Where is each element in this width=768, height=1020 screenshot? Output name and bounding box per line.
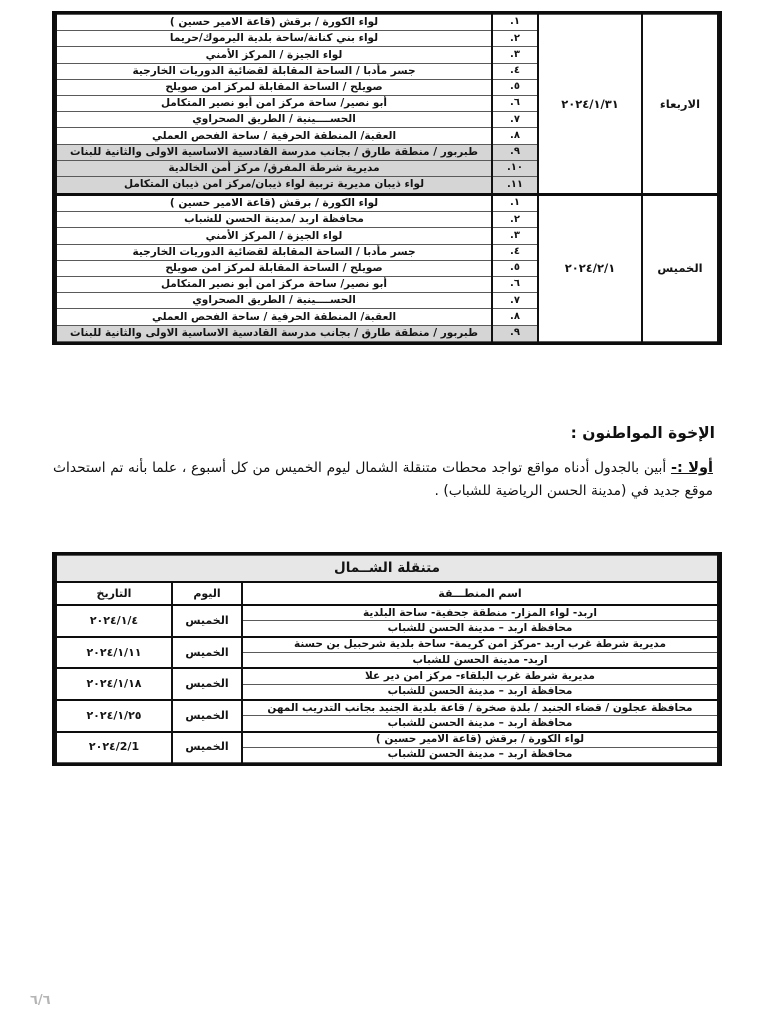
area-cell: محافظة اربد – مدينة الحسن للشباب bbox=[242, 716, 718, 732]
row-number-cell: ٣. bbox=[492, 228, 538, 244]
mobile-table-body: اربد- لواء المزار- منطقة جحفية- ساحة الب… bbox=[56, 605, 718, 763]
location-cell: الحســــينية / الطريق الصحراوي bbox=[56, 112, 492, 128]
mobile-table-title: متنقلة الشــمال bbox=[56, 556, 718, 583]
weekly-schedule-table: الاربعاء٢٠٢٤/١/٣١١.لواء الكورة / برقش (ق… bbox=[55, 14, 719, 342]
location-cell: لواء الجيزة / المركز الأمني bbox=[56, 47, 492, 63]
mobile-group-row: اربد- لواء المزار- منطقة جحفية- ساحة الب… bbox=[56, 605, 718, 621]
location-cell: لواء ذيبان مديرية تربية لواء ذيبان/مركز … bbox=[56, 177, 492, 195]
mobile-table-header-row: اسم المنطـــقة اليوم التاريخ bbox=[56, 582, 718, 605]
schedule-section-1: الاربعاء٢٠٢٤/١/٣١١.لواء الكورة / برقش (ق… bbox=[56, 15, 718, 195]
area-cell: لواء الكورة / برقش (قاعة الامير حسين ) bbox=[242, 732, 718, 748]
row-number-cell: ٤. bbox=[492, 63, 538, 79]
area-cell: محافظة اربد – مدينة الحسن للشباب bbox=[242, 621, 718, 637]
row-number-cell: ١٠. bbox=[492, 160, 538, 176]
area-cell: اربد- لواء المزار- منطقة جحفية- ساحة الب… bbox=[242, 605, 718, 621]
date-cell-value: ٢٠٢٤/١/١٨ bbox=[86, 677, 141, 690]
location-cell: لواء الكورة / برقش (قاعة الامير حسين ) bbox=[56, 194, 492, 212]
mobile-group-row: لواء الكورة / برقش (قاعة الامير حسين )ال… bbox=[56, 732, 718, 748]
mobile-group-row: مديرية شرطة غرب البلقاء- مركز امن دير عل… bbox=[56, 668, 718, 684]
location-cell: لواء الكورة / برقش (قاعة الامير حسين ) bbox=[56, 15, 492, 31]
header-date: التاريخ bbox=[56, 582, 172, 605]
day-cell: الخميس bbox=[172, 637, 242, 669]
row-number-cell: ٨. bbox=[492, 309, 538, 325]
area-cell: مديرية شرطة غرب البلقاء- مركز امن دير عل… bbox=[242, 668, 718, 684]
header-day: اليوم bbox=[172, 582, 242, 605]
date-cell: ٢٠٢٤/٢/١ bbox=[538, 194, 642, 341]
location-cell: أبو نصير/ ساحة مركز امن أبو نصير المتكام… bbox=[56, 96, 492, 112]
row-number-cell: ٢. bbox=[492, 31, 538, 47]
header-area-name: اسم المنطـــقة bbox=[242, 582, 718, 605]
location-cell: الحســــينية / الطريق الصحراوي bbox=[56, 293, 492, 309]
location-cell: العقبة/ المنطقة الحرفية / ساحة الفحص الع… bbox=[56, 128, 492, 144]
row-number-cell: ٦. bbox=[492, 277, 538, 293]
day-cell: الخميس bbox=[172, 668, 242, 700]
day-cell: الخميس bbox=[172, 605, 242, 637]
area-cell: مديرية شرطة غرب اربد -مركز امن كريمة- سا… bbox=[242, 637, 718, 653]
location-cell: مديرية شرطة المفرق/ مركز أمن الخالدية bbox=[56, 160, 492, 176]
date-cell: ٢٠٢٤/١/٢٥ bbox=[56, 700, 172, 732]
page-number: ٦/٦ bbox=[30, 993, 51, 1008]
location-cell: طبربور / منطقة طارق / بجانب مدرسة القادس… bbox=[56, 325, 492, 341]
notice-body: أبين بالجدول أدناه مواقع تواجد محطات متن… bbox=[53, 460, 713, 499]
date-cell: ٢٠٢٤/١/٤ bbox=[56, 605, 172, 637]
day-cell: الخميس bbox=[172, 732, 242, 763]
area-cell: محافظة عجلون / قضاء الجنيد / بلدة صخرة /… bbox=[242, 700, 718, 716]
row-number-cell: ٤. bbox=[492, 244, 538, 260]
date-cell: ٢٠٢٤/2/1 bbox=[56, 732, 172, 763]
date-cell-value: ٢٠٢٤/١/٢٥ bbox=[86, 709, 141, 722]
location-cell: لواء بني كنانة/ساحة بلدية اليرموك/حريما bbox=[56, 31, 492, 47]
area-cell: محافظة اربد – مدينة الحسن للشباب bbox=[242, 684, 718, 700]
row-number-cell: ٧. bbox=[492, 293, 538, 309]
row-number-cell: ١١. bbox=[492, 177, 538, 195]
location-cell: طبربور / منطقة طارق / بجانب مدرسة القادس… bbox=[56, 144, 492, 160]
mobile-group-row: مديرية شرطة غرب اربد -مركز امن كريمة- سا… bbox=[56, 637, 718, 653]
schedule-row: الخميس٢٠٢٤/٢/١١.لواء الكورة / برقش (قاعة… bbox=[56, 194, 718, 212]
location-cell: أبو نصير/ ساحة مركز امن أبو نصير المتكام… bbox=[56, 277, 492, 293]
day-cell: الخميس bbox=[172, 700, 242, 732]
schedule-section-2: الخميس٢٠٢٤/٢/١١.لواء الكورة / برقش (قاعة… bbox=[56, 194, 718, 341]
date-cell-value: ٢٠٢٤/١/٤ bbox=[90, 614, 138, 627]
row-number-cell: ٩. bbox=[492, 144, 538, 160]
row-number-cell: ١. bbox=[492, 15, 538, 31]
location-cell: لواء الجيزة / المركز الأمني bbox=[56, 228, 492, 244]
date-cell: ٢٠٢٤/١/٣١ bbox=[538, 15, 642, 195]
location-cell: العقبة/ المنطقة الحرفية / ساحة الفحص الع… bbox=[56, 309, 492, 325]
area-cell: محافظة اربد – مدينة الحسن للشباب bbox=[242, 747, 718, 762]
location-cell: جسر مأدبا / الساحة المقابلة لقضائية الدو… bbox=[56, 63, 492, 79]
row-number-cell: ٦. bbox=[492, 96, 538, 112]
row-number-cell: ٨. bbox=[492, 128, 538, 144]
date-cell: ٢٠٢٤/١/١١ bbox=[56, 637, 172, 669]
mobile-stations-table-container: متنقلة الشــمال اسم المنطـــقة اليوم الت… bbox=[52, 552, 722, 766]
row-number-cell: ١. bbox=[492, 194, 538, 212]
row-number-cell: ٩. bbox=[492, 325, 538, 341]
date-cell-value: ٢٠٢٤/١/٣١ bbox=[561, 97, 619, 111]
location-cell: صويلح / الساحة المقابلة لمركز امن صويلح bbox=[56, 79, 492, 95]
row-number-cell: ٢. bbox=[492, 212, 538, 228]
row-number-cell: ٧. bbox=[492, 112, 538, 128]
row-number-cell: ٣. bbox=[492, 47, 538, 63]
notice-paragraph: أولا :- أبين بالجدول أدناه مواقع تواجد م… bbox=[53, 457, 713, 503]
location-cell: محافظة اربد /مدينة الحسن للشباب bbox=[56, 212, 492, 228]
date-cell-value: ٢٠٢٤/2/1 bbox=[89, 740, 139, 753]
day-cell: الاربعاء bbox=[642, 15, 718, 195]
location-cell: صويلح / الساحة المقابلة لمركز امن صويلح bbox=[56, 260, 492, 276]
date-cell-value: ٢٠٢٤/٢/١ bbox=[565, 261, 616, 275]
area-cell: اربد- مدينة الحسن للشباب bbox=[242, 652, 718, 668]
date-cell-value: ٢٠٢٤/١/١١ bbox=[86, 646, 141, 659]
notice-heading: الإخوة المواطنون : bbox=[571, 424, 715, 442]
day-cell: الخميس bbox=[642, 194, 718, 341]
mobile-stations-table: متنقلة الشــمال اسم المنطـــقة اليوم الت… bbox=[55, 555, 719, 763]
mobile-group-row: محافظة عجلون / قضاء الجنيد / بلدة صخرة /… bbox=[56, 700, 718, 716]
row-number-cell: ٥. bbox=[492, 260, 538, 276]
document-page: الاربعاء٢٠٢٤/١/٣١١.لواء الكورة / برقش (ق… bbox=[0, 0, 768, 1020]
location-cell: جسر مأدبا / الساحة المقابلة لقضائية الدو… bbox=[56, 244, 492, 260]
date-cell: ٢٠٢٤/١/١٨ bbox=[56, 668, 172, 700]
notice-lead: أولا :- bbox=[671, 460, 713, 476]
weekly-schedule-table-container: الاربعاء٢٠٢٤/١/٣١١.لواء الكورة / برقش (ق… bbox=[52, 11, 722, 345]
mobile-table-title-row: متنقلة الشــمال bbox=[56, 556, 718, 583]
row-number-cell: ٥. bbox=[492, 79, 538, 95]
schedule-row: الاربعاء٢٠٢٤/١/٣١١.لواء الكورة / برقش (ق… bbox=[56, 15, 718, 31]
